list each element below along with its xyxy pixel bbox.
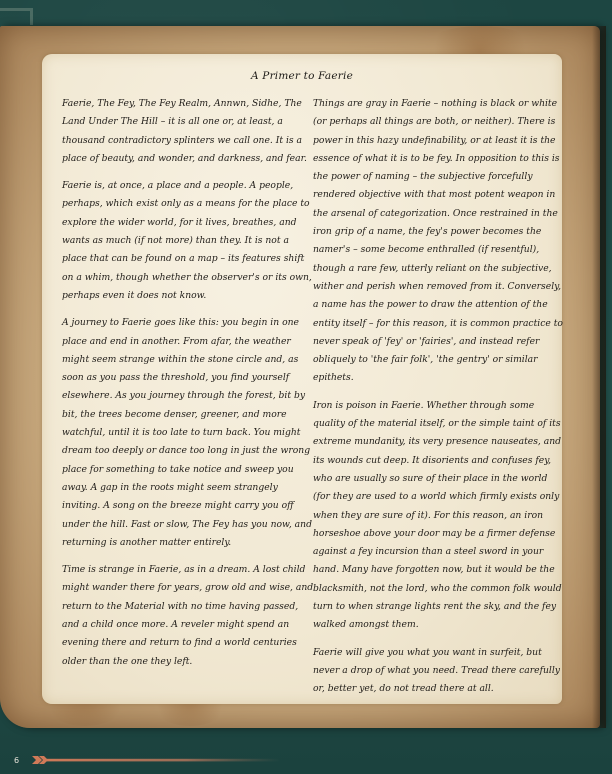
paragraph: Faerie is, at once, a place and a people… <box>62 177 314 305</box>
paragraph: A journey to Faerie goes like this: you … <box>62 314 314 552</box>
right-column: Things are gray in Faerie – nothing is b… <box>313 95 565 708</box>
paragraph: Iron is poison in Faerie. Whether throug… <box>313 397 565 635</box>
page-title: A Primer to Faerie <box>42 70 562 82</box>
paragraph: Faerie will give you what you want in su… <box>313 644 565 699</box>
paragraph: Time is strange in Faerie, as in a dream… <box>62 561 314 671</box>
corner-frame-icon <box>0 8 33 25</box>
paragraph: Things are gray in Faerie – nothing is b… <box>313 95 565 388</box>
left-column: Faerie, The Fey, The Fey Realm, Annwn, S… <box>62 95 314 680</box>
fletched-arrow-icon <box>30 755 280 765</box>
page-number: 6 <box>14 756 19 765</box>
page-background: A Primer to Faerie Faerie, The Fey, The … <box>0 0 612 774</box>
paragraph: Faerie, The Fey, The Fey Realm, Annwn, S… <box>62 95 314 168</box>
footer: 6 <box>0 736 612 774</box>
